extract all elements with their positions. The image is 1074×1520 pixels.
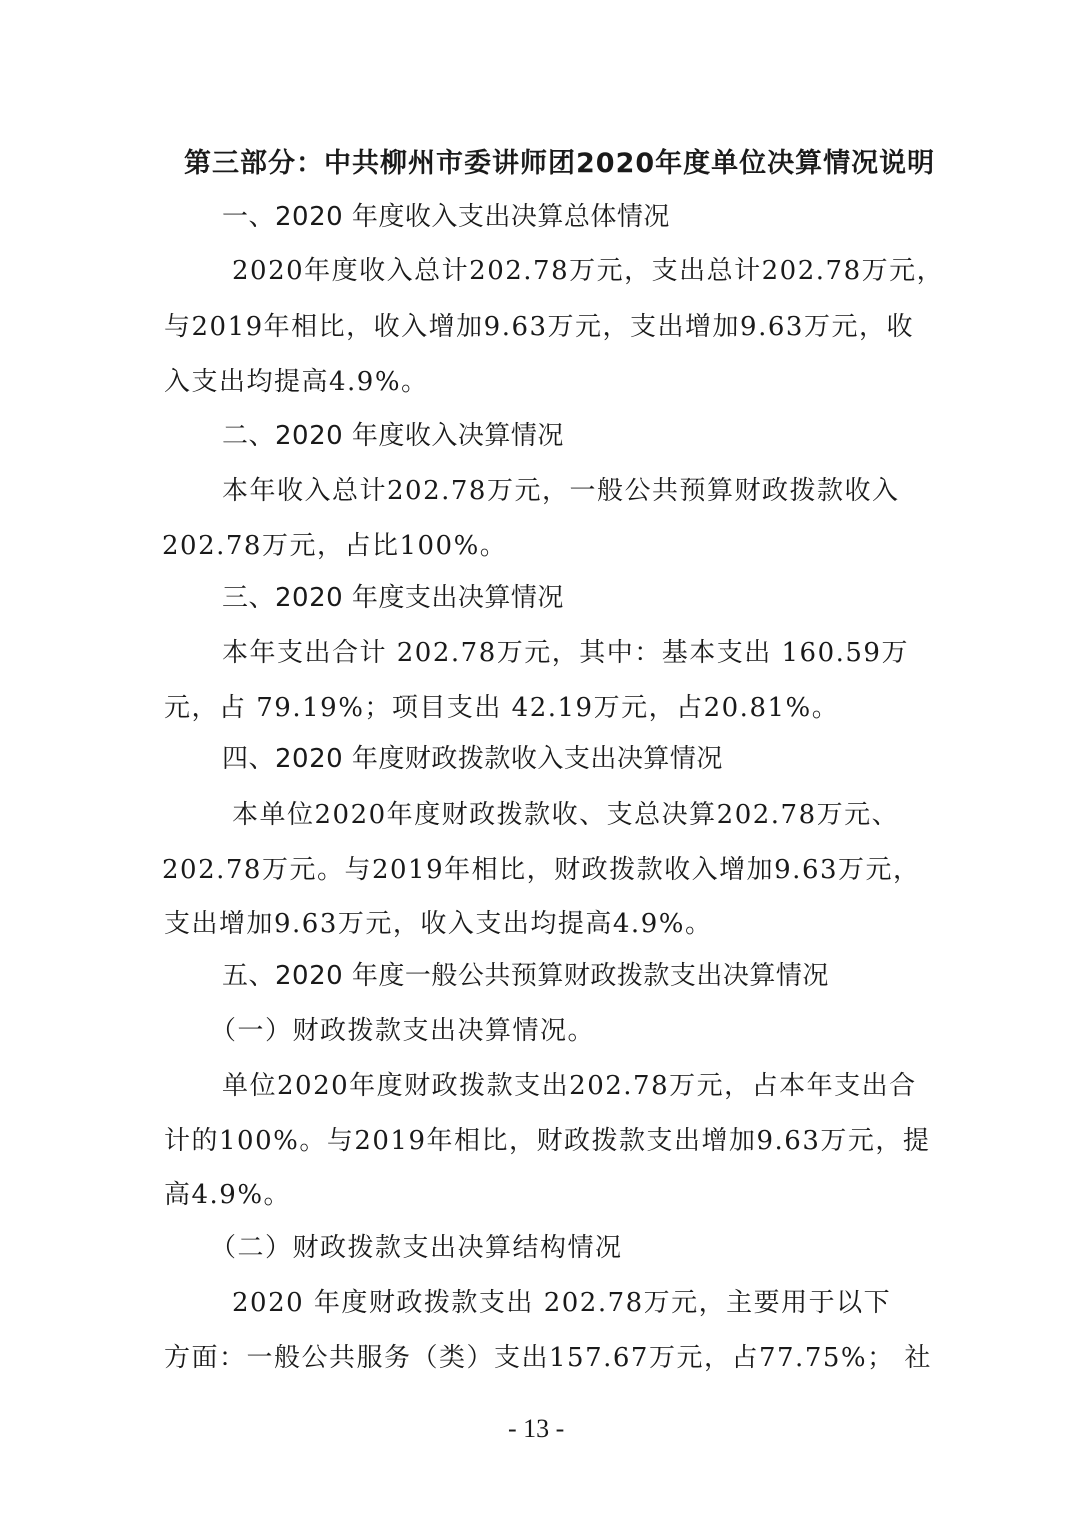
paragraph-line: 入支出均提高4.9%。 (164, 369, 429, 395)
paragraph-line: 高4.9%。 (164, 1182, 291, 1208)
paragraph-line: 与2019年相比，收入增加9.63万元，支出增加9.63万元，收 (164, 314, 914, 340)
section-heading-2: 二、2020 年度收入决算情况 (222, 423, 564, 449)
paragraph-line: 本年收入总计202.78万元，一般公共预算财政拨款收入 (222, 478, 899, 504)
paragraph-line: 本单位2020年度财政拨款收、支总决算202.78万元、 (232, 802, 899, 828)
paragraph-line: 元，占 79.19%；项目支出 42.19万元，占20.81%。 (164, 695, 839, 721)
page-number: - 13 - (508, 1416, 564, 1442)
section-heading-1: 一、2020 年度收入支出决算总体情况 (222, 204, 670, 230)
section-heading-3: 三、2020 年度支出决算情况 (222, 585, 564, 611)
paragraph-line: 本年支出合计 202.78万元，其中：基本支出 160.59万 (222, 640, 909, 666)
section-heading-5: 五、2020 年度一般公共预算财政拨款支出决算情况 (222, 963, 829, 989)
paragraph-line: 2020年度收入总计202.78万元，支出总计202.78万元， (232, 258, 944, 284)
paragraph-line: 2020 年度财政拨款支出 202.78万元，主要用于以下 (232, 1290, 891, 1316)
paragraph-line: 计的100%。与2019年相比，财政拨款支出增加9.63万元，提 (164, 1128, 930, 1154)
section-heading-4: 四、2020 年度财政拨款收入支出决算情况 (222, 746, 723, 772)
paragraph-line: 202.78万元。与2019年相比，财政拨款收入增加9.63万元， (162, 857, 921, 883)
subsection-heading-2: （二）财政拨款支出决算结构情况 (210, 1235, 623, 1261)
subsection-heading-1: （一）财政拨款支出决算情况。 (210, 1018, 595, 1044)
document-title: 第三部分：中共柳州市委讲师团2020年度单位决算情况说明 (184, 150, 935, 177)
paragraph-line: 单位2020年度财政拨款支出202.78万元，占本年支出合 (222, 1073, 917, 1099)
paragraph-line: 支出增加9.63万元，收入支出均提高4.9%。 (164, 911, 712, 937)
paragraph-line: 202.78万元，占比100%。 (162, 533, 507, 559)
paragraph-line: 方面：一般公共服务（类）支出157.67万元，占77.75%； 社 (164, 1345, 932, 1371)
